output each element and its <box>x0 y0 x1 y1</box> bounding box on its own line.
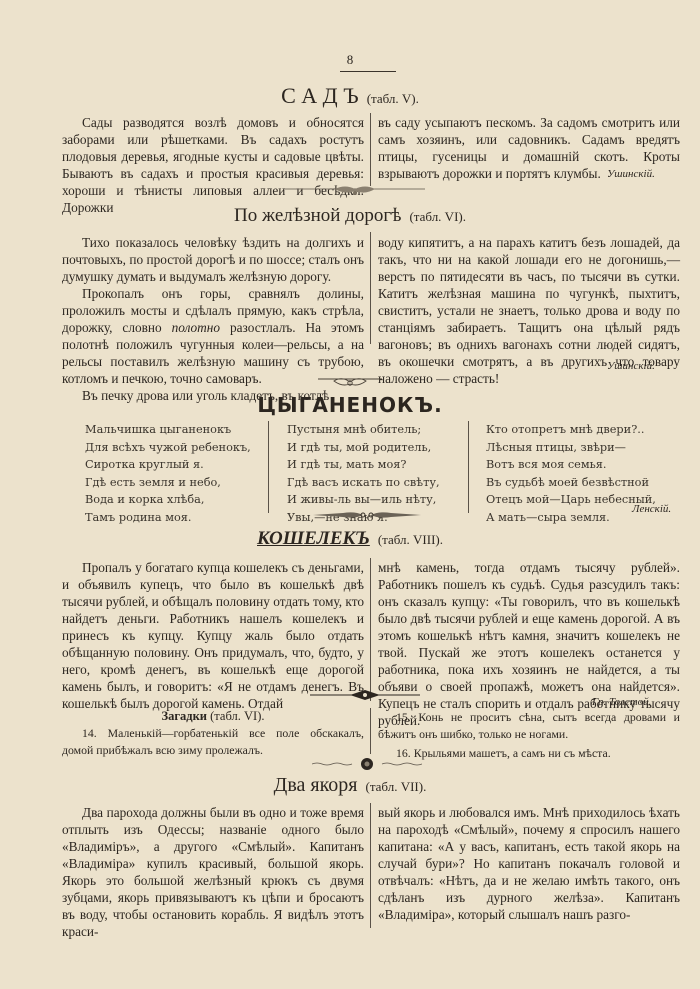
paragraph: Два парохода должны были въ одно и тоже … <box>62 804 364 940</box>
ornament-divider-icon <box>312 758 422 772</box>
column-divider <box>468 421 469 513</box>
column-divider <box>370 113 371 186</box>
section-title-wallet: КОШЕЛЕКЪ (табл. VIII). <box>0 528 700 550</box>
paragraph: Сады разводятся возлѣ домовъ и обносятся… <box>62 114 364 216</box>
page-number: 8 <box>0 52 700 68</box>
anchors-left-column: Два парохода должны были въ одно и тоже … <box>62 804 364 940</box>
title-text: Два якоря <box>274 774 358 796</box>
riddles-title: Загадки (табл. VI). <box>62 708 364 725</box>
title-text: По желѣзной дорогѣ <box>234 205 401 226</box>
section-title-gypsy: ЦЫГАНЕНОКЪ. <box>0 393 700 417</box>
table-ref: (табл. VIII). <box>378 532 443 547</box>
column-divider <box>370 708 371 754</box>
table-ref: (табл. VI). <box>409 209 466 224</box>
author-signature: Ленскій. <box>632 503 671 515</box>
title-text: КОШЕЛЕКЪ <box>257 528 370 549</box>
section-title-sad: С А Д Ъ (табл. V). <box>0 83 700 109</box>
author-signature: Ушинскій. <box>607 360 655 372</box>
paragraph: Тихо показалось человѣку ѣздить на долги… <box>62 234 364 285</box>
author-signature: Гр. Толстой. <box>592 696 651 708</box>
emphasis: полотно <box>172 320 220 335</box>
ornament-divider-icon <box>310 689 420 703</box>
section-title-anchors: Два якоря (табл. VII). <box>0 774 700 797</box>
riddles-right: 15. Конь не проситъ сѣна, сытъ всегда др… <box>378 709 680 762</box>
riddle-15: 15. Конь не проситъ сѣна, сытъ всегда др… <box>378 709 680 743</box>
riddles-left: Загадки (табл. VI). 14. Маленькій—горбат… <box>62 708 364 759</box>
table-ref: (табл. V). <box>367 91 419 106</box>
page-number-rule <box>340 71 396 72</box>
author-signature: Ушинскій. <box>607 168 655 180</box>
column-divider <box>268 421 269 513</box>
ornament-divider-icon <box>318 376 382 390</box>
paragraph: Прокопалъ онъ горы, сравнялъ долины, про… <box>62 285 364 387</box>
sad-left-column: Сады разводятся возлѣ домовъ и обносятся… <box>62 114 364 216</box>
ornament-divider-icon <box>313 509 421 523</box>
paragraph: вый якорь и любовался имъ. Мнѣ приходило… <box>378 804 680 923</box>
column-divider <box>370 558 371 701</box>
column-divider <box>370 803 371 928</box>
poem-stanza-1: Мальчишка цыганенокъ Для всѣхъ чужой реб… <box>85 421 251 526</box>
poem-stanza-3: Кто отопретъ мнѣ двери?.. Лѣсныя птицы, … <box>486 421 656 526</box>
title-text: С А Д Ъ <box>281 83 359 108</box>
column-divider <box>370 232 371 344</box>
ornament-divider-icon <box>285 184 425 198</box>
book-page: 8 С А Д Ъ (табл. V). Сады разводятся воз… <box>0 0 700 989</box>
riddle-16: 16. Крыльями машетъ, а самъ ни съ мѣста. <box>378 745 680 762</box>
section-title-railway: По желѣзной дорогѣ (табл. VI). <box>0 205 700 227</box>
title-text: ЦЫГАНЕНОКЪ. <box>257 393 442 417</box>
riddle-14: 14. Маленькій—горбатенькій все поле обск… <box>62 725 364 759</box>
anchors-right-column: вый якорь и любовался имъ. Мнѣ приходило… <box>378 804 680 923</box>
table-ref: (табл. VII). <box>365 779 426 794</box>
